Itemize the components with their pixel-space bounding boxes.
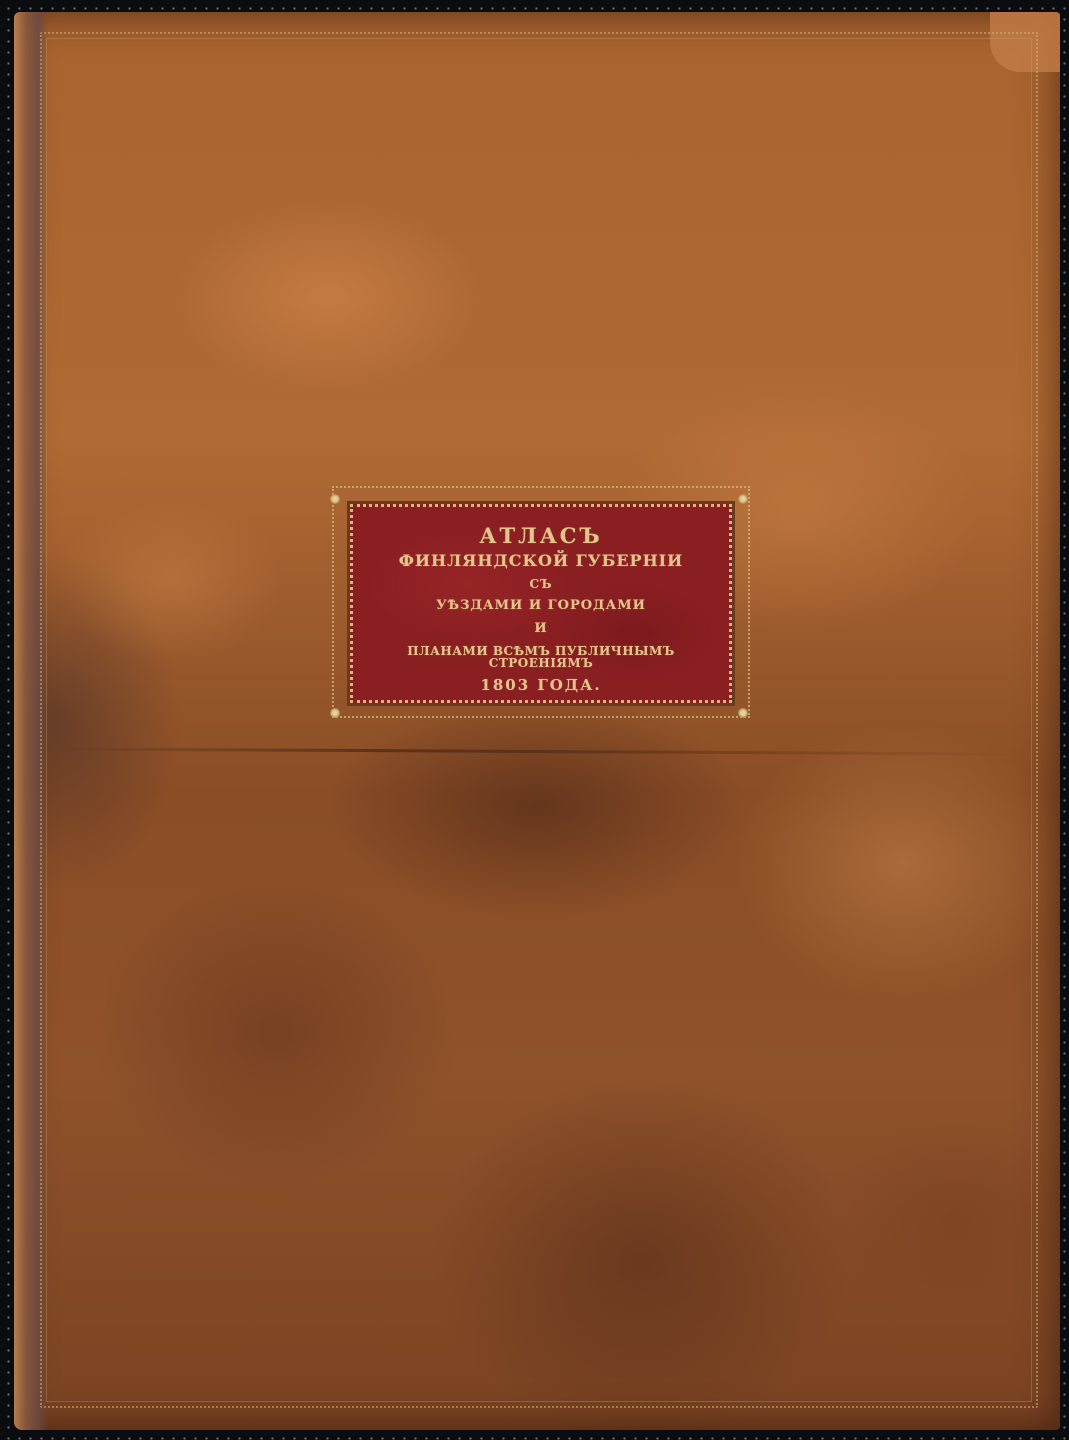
ornament-dot-icon: [738, 494, 748, 504]
scan-background: АТЛАСЪ ФИНЛЯНДСКОЙ ГУБЕРНІИ СЪ УѢЗДАМИ И…: [0, 0, 1069, 1440]
title-label: АТЛАСЪ ФИНЛЯНДСКОЙ ГУБЕРНІИ СЪ УѢЗДАМИ И…: [350, 504, 732, 703]
ornament-dot-icon: [738, 708, 748, 718]
title-line-5: И: [353, 622, 729, 635]
ornament-dot-icon: [330, 494, 340, 504]
title-line-4: УѢЗДАМИ И ГОРОДАМИ: [353, 599, 729, 612]
book-cover: [14, 12, 1060, 1430]
title-line-6: ПЛАНАМИ ВСѢМЪ ПУБЛИЧНЫМЪ СТРОЕНІЯМЪ: [353, 645, 729, 669]
title-line-7: 1803 ГОДА.: [353, 678, 729, 693]
title-line-2: ФИНЛЯНДСКОЙ ГУБЕРНІИ: [353, 553, 729, 569]
ornament-dot-icon: [330, 708, 340, 718]
title-line-3: СЪ: [353, 578, 729, 590]
title-line-1: АТЛАСЪ: [353, 525, 729, 546]
gilt-border-inner: [46, 38, 1032, 1402]
